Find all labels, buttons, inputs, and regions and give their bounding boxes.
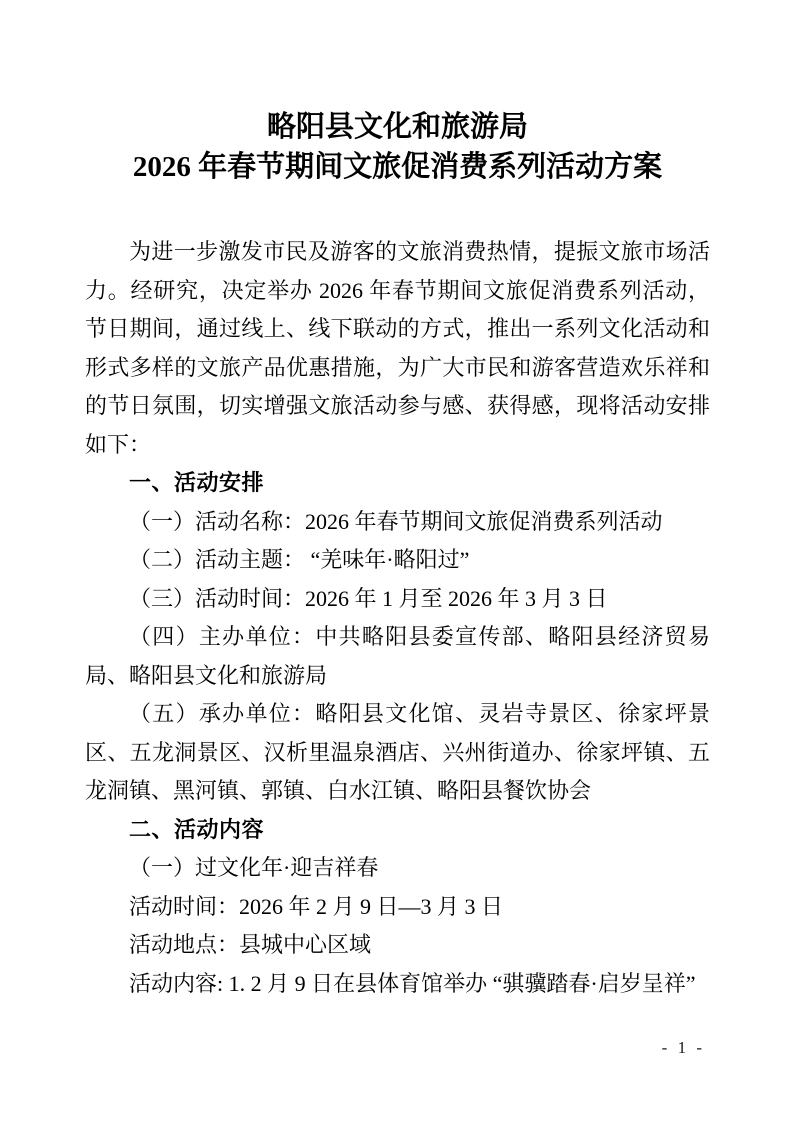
document-body: 为进一步激发市民及游客的文旅消费热情，提振文旅市场活力。经研究，决定举办 202… — [85, 233, 710, 1003]
subsection-1-title: （一）过文化年·迎吉祥春 — [85, 849, 710, 888]
item-activity-time: （三）活动时间：2026 年 1 月至 2026 年 3 月 3 日 — [85, 580, 710, 619]
section-1-heading: 一、活动安排 — [85, 464, 710, 503]
paragraph-intro: 为进一步激发市民及游客的文旅消费热情，提振文旅市场活力。经研究，决定举办 202… — [85, 233, 710, 464]
item-activity-name: （一）活动名称：2026 年春节期间文旅促消费系列活动 — [85, 503, 710, 542]
document-page: 略阳县文化和旅游局 2026 年春节期间文旅促消费系列活动方案 为进一步激发市民… — [0, 0, 793, 1122]
title-line-1: 略阳县文化和旅游局 — [85, 107, 710, 147]
item-organizer-units: （五）承办单位：略阳县文化馆、灵岩寺景区、徐家坪景区、五龙洞景区、汉析里温泉酒店… — [85, 695, 710, 811]
page-number: - 1 - — [662, 1038, 705, 1058]
section-2-heading: 二、活动内容 — [85, 811, 710, 850]
subsection-1-time: 活动时间：2026 年 2 月 9 日—3 月 3 日 — [85, 888, 710, 927]
item-activity-theme: （二）活动主题： “羌味年·略阳过” — [85, 541, 710, 580]
content-column: 略阳县文化和旅游局 2026 年春节期间文旅促消费系列活动方案 为进一步激发市民… — [85, 0, 710, 1003]
document-title: 略阳县文化和旅游局 2026 年春节期间文旅促消费系列活动方案 — [85, 107, 710, 187]
subsection-1-location: 活动地点：县城中心区域 — [85, 926, 710, 965]
item-host-units: （四）主办单位：中共略阳县委宣传部、略阳县经济贸易局、略阳县文化和旅游局 — [85, 618, 710, 695]
subsection-1-content: 活动内容: 1. 2 月 9 日在县体育馆举办 “骐骥踏春·启岁呈祥” — [85, 965, 710, 1004]
title-line-2: 2026 年春节期间文旅促消费系列活动方案 — [85, 147, 710, 187]
